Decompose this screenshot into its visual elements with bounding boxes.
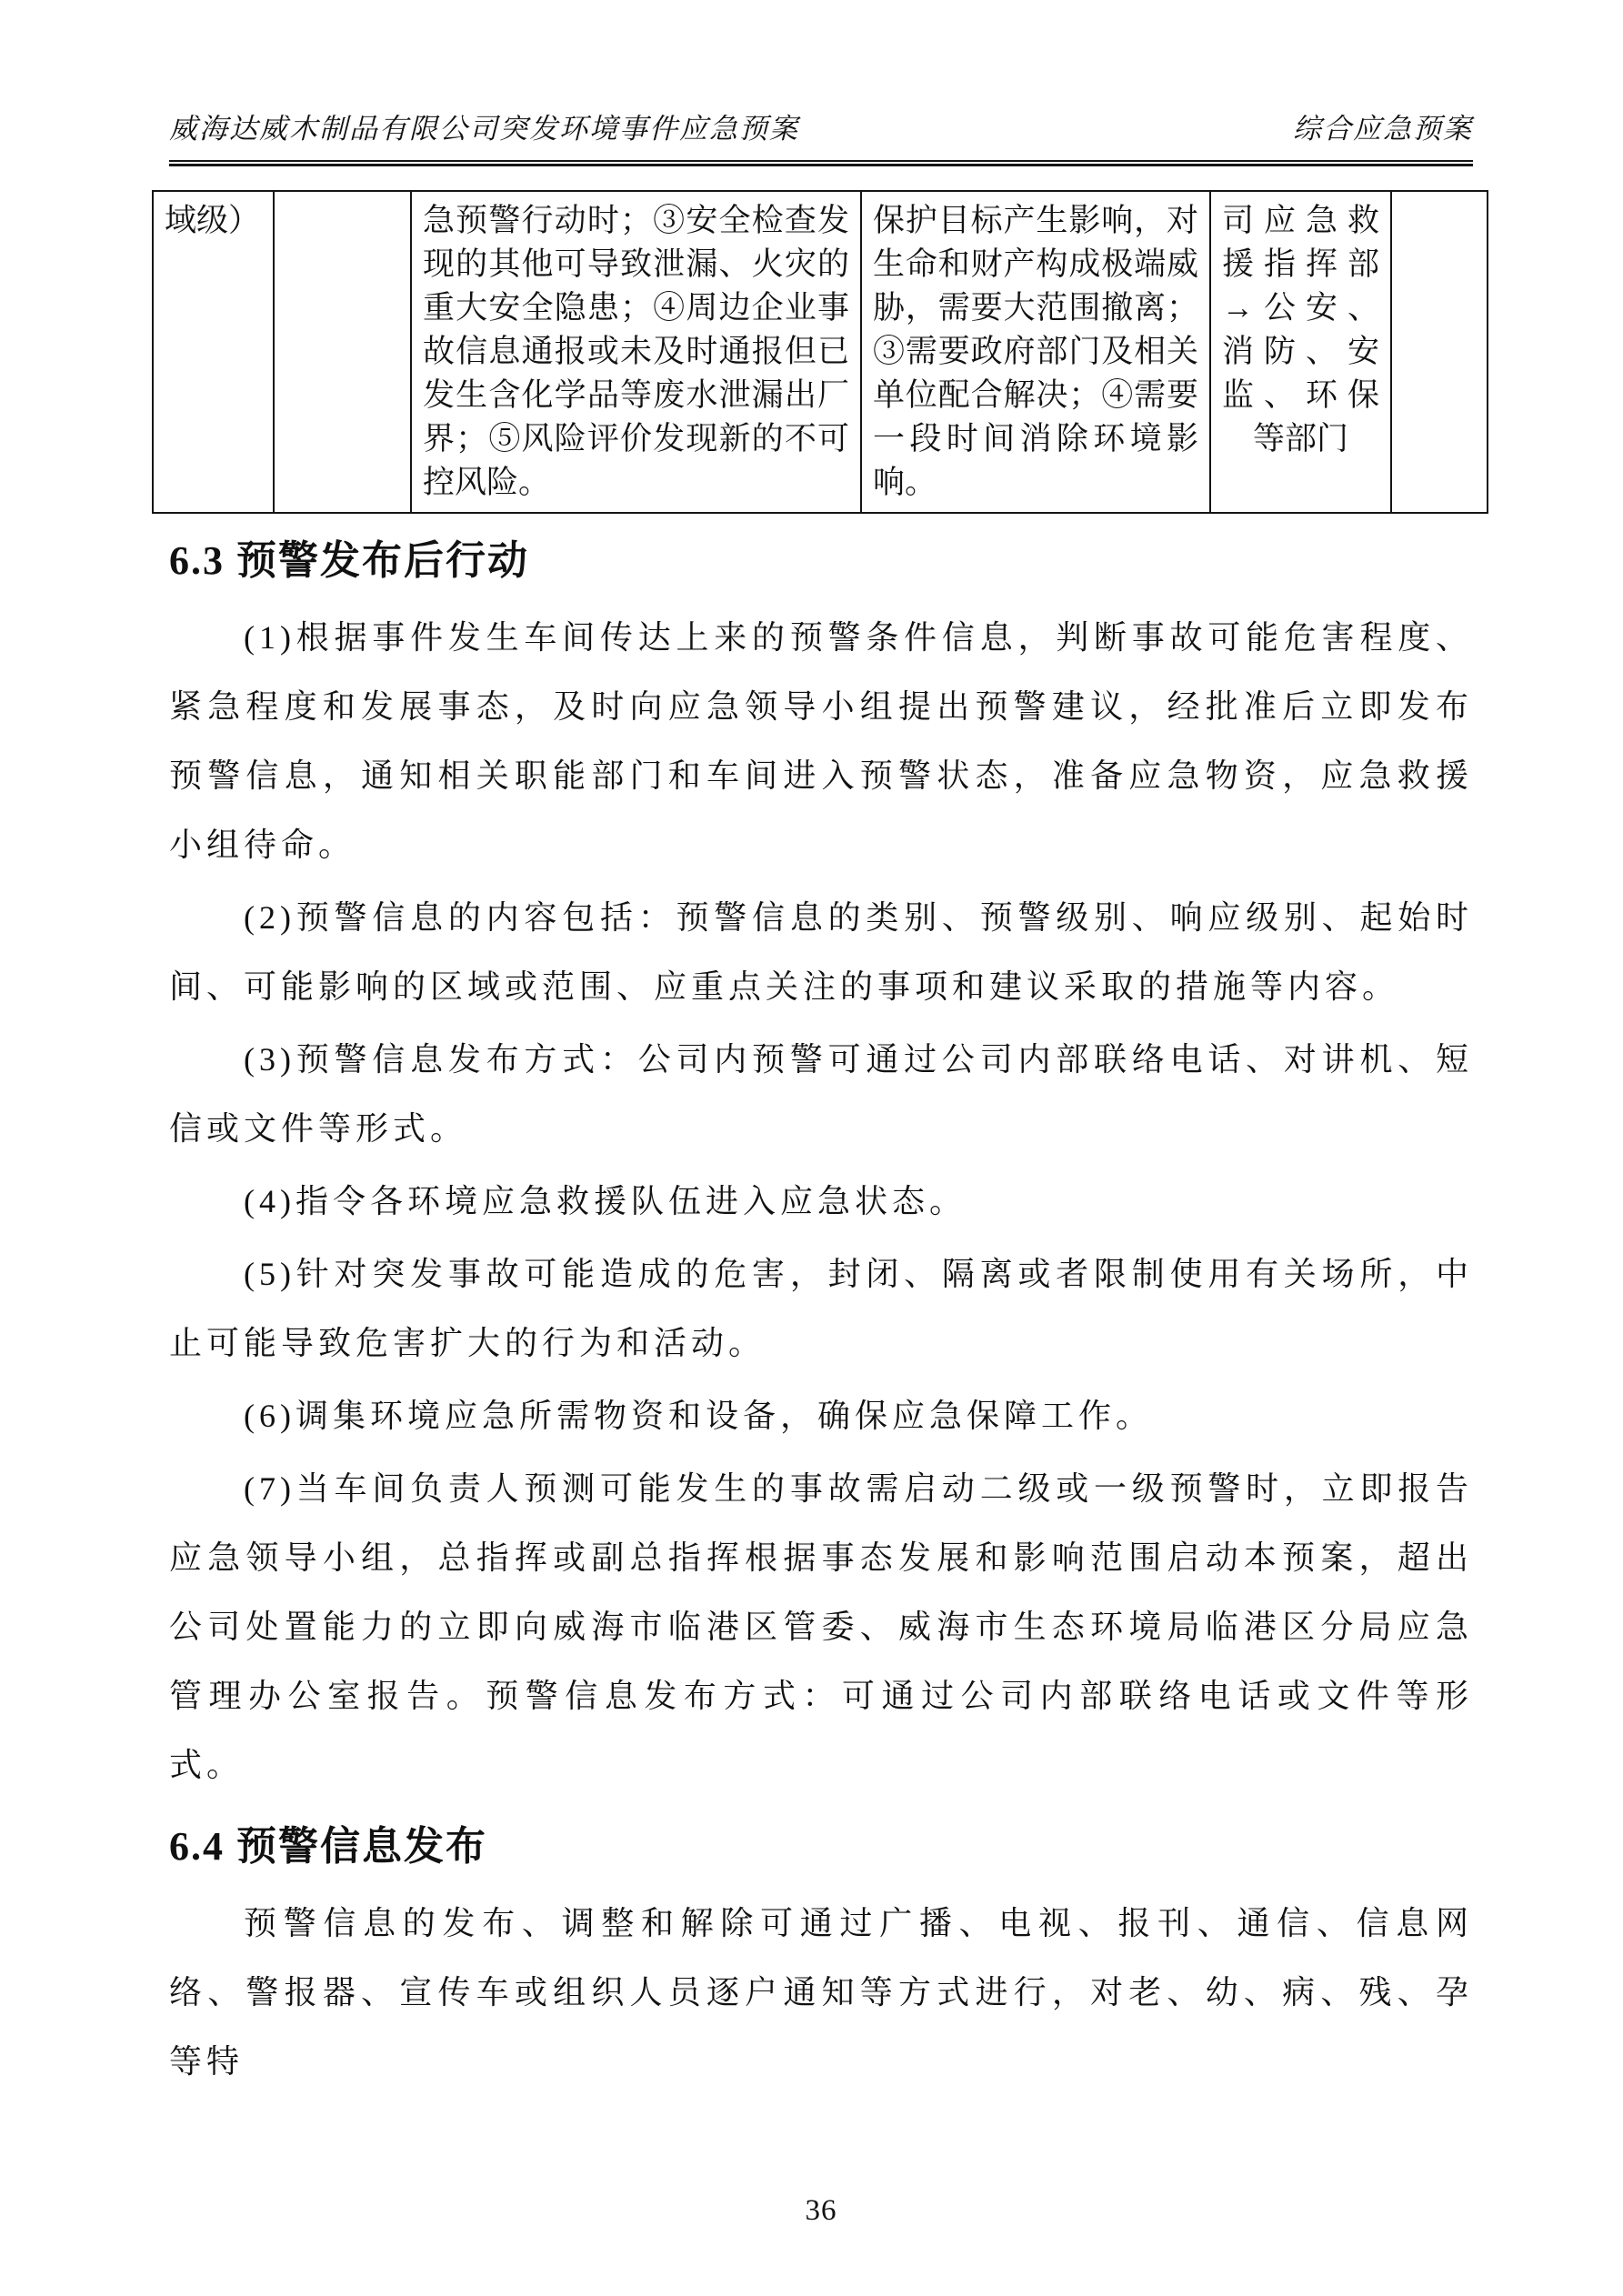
header-rule	[169, 160, 1473, 166]
table-cell-empty-1	[274, 191, 411, 513]
section-heading-6-3: 6.3 预警发布后行动	[169, 536, 1473, 587]
paragraph-6-3-4: (4)指令各环境应急救援队伍进入应急状态。	[169, 1167, 1473, 1236]
header-title-right: 综合应急预案	[1293, 109, 1473, 149]
paragraph-6-3-7: (7)当车间负责人预测可能发生的事故需启动二级或一级预警时，立即报告应急领导小组…	[169, 1454, 1473, 1800]
page-footer: 36	[169, 2194, 1473, 2228]
paragraph-6-3-3: (3)预警信息发布方式：公司内预警可通过公司内部联络电话、对讲机、短信或文件等形…	[169, 1025, 1473, 1163]
paragraph-6-3-1: (1)根据事件发生车间传达上来的预警条件信息，判断事故可能危害程度、紧急程度和发…	[169, 603, 1473, 879]
paragraph-6-3-6: (6)调集环境应急所需物资和设备，确保应急保障工作。	[169, 1381, 1473, 1450]
table-cell-response-departments: 司应急救援指挥部→公安、消防、安监、环保等部门	[1210, 191, 1391, 513]
table-cell-impact-description: 保护目标产生影响，对生命和财产构成极端威胁，需要大范围撤离；③需要政府部门及相关…	[861, 191, 1210, 513]
document-page: 威海达威木制品有限公司突发环境事件应急预案 综合应急预案 域级） 急预警行动时；…	[0, 0, 1623, 2296]
warning-level-table: 域级） 急预警行动时；③安全检查发现的其他可导致泄漏、火灾的重大安全隐患；④周边…	[152, 190, 1488, 514]
table-cell-empty-2	[1391, 191, 1488, 513]
paragraph-6-3-5: (5)针对突发事故可能造成的危害，封闭、隔离或者限制使用有关场所，中止可能导致危…	[169, 1239, 1473, 1378]
table-cell-warning-conditions: 急预警行动时；③安全检查发现的其他可导致泄漏、火灾的重大安全隐患；④周边企业事故…	[411, 191, 861, 513]
header-title-left: 威海达威木制品有限公司突发环境事件应急预案	[169, 109, 799, 149]
paragraph-6-4-1: 预警信息的发布、调整和解除可通过广播、电视、报刊、通信、信息网络、警报器、宣传车…	[169, 1889, 1473, 2096]
table-cell-level: 域级）	[153, 191, 274, 513]
paragraph-6-3-2: (2)预警信息的内容包括：预警信息的类别、预警级别、响应级别、起始时间、可能影响…	[169, 883, 1473, 1021]
section-heading-6-4: 6.4 预警信息发布	[169, 1821, 1473, 1872]
table-row: 域级） 急预警行动时；③安全检查发现的其他可导致泄漏、火灾的重大安全隐患；④周边…	[153, 191, 1488, 513]
page-number: 36	[806, 2194, 837, 2227]
page-header: 威海达威木制品有限公司突发环境事件应急预案 综合应急预案	[169, 109, 1473, 149]
